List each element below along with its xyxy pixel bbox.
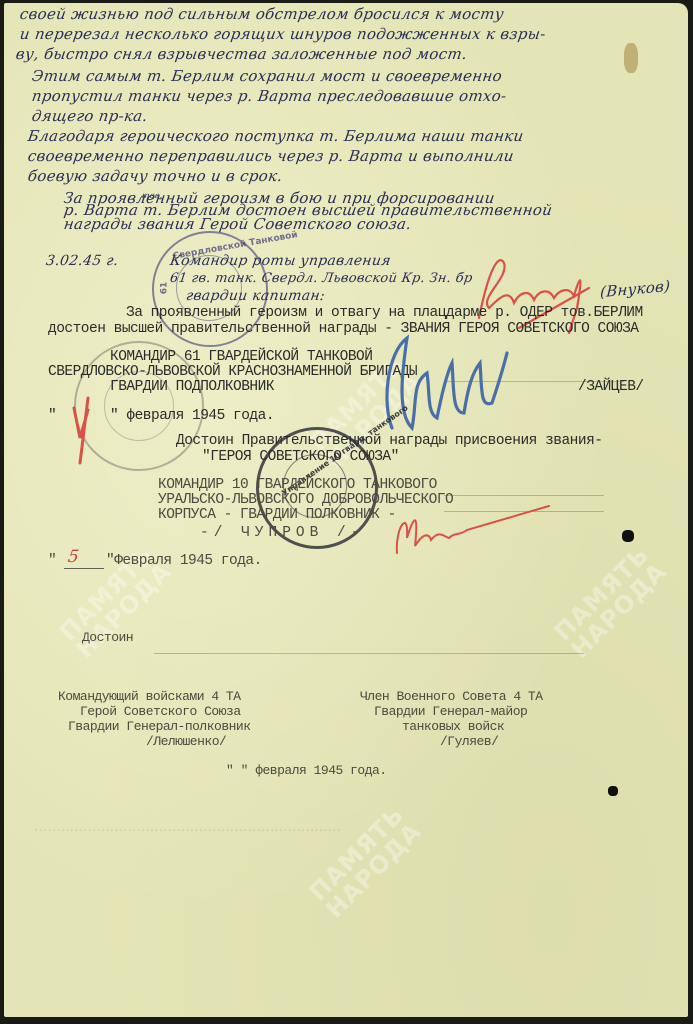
handwritten-line: Благодаря героического поступка т. Берли… [27, 127, 525, 145]
council-member-name: /Гуляев/ [440, 734, 498, 749]
corps-recommendation-line: Достоин Правительственной награды присво… [176, 433, 602, 449]
red-signature [389, 498, 559, 558]
corps-date: "Февраля 1945 года. [106, 553, 262, 569]
watermark: ПАМЯТЬНАРОДА [550, 542, 671, 663]
handwritten-line: своевременно переправились через р. Варт… [27, 147, 515, 165]
typed-recommendation-line: За проявленный героизм и отвагу на плацд… [126, 305, 643, 321]
brigade-date: " февраля 1945 года. [110, 408, 274, 424]
typed-recommendation-line: достоен высшей правительственной награды… [48, 321, 639, 337]
army-commander-line: Гвардии Генерал-полковник [68, 719, 251, 734]
signer-name: (Внуков) [600, 277, 671, 301]
divider [444, 495, 604, 496]
signer-title: 61 гв. танк. Свердл. Львовской Кр. Зн. б… [169, 271, 474, 286]
corps-commander-title: КОМАНДИР 10 ГВАРДЕЙСКОГО ТАНКОВОГО [158, 477, 437, 493]
watermark: ПАМЯТЬНАРОДА [305, 802, 426, 923]
handwritten-line: дящего пр-ка. [31, 107, 149, 125]
punch-hole [622, 530, 634, 542]
council-member-line: танковых войск [402, 719, 504, 734]
commander-title: СВЕРДЛОВСКО-ЛЬВОВСКОЙ КРАСНОЗНАМЕННОЙ БР… [48, 364, 417, 380]
punch-hole [608, 786, 618, 796]
red-checkmark [70, 388, 100, 468]
council-member-line: Гвардии Генерал-майор [374, 704, 527, 719]
council-member-line: Член Военного Совета 4 ТА [360, 689, 543, 704]
handwritten-line: своей жизнью под сильным обстрелом броси… [19, 5, 505, 23]
divider [64, 568, 104, 569]
handwritten-line: Этим самым т. Берлим сохранил мост и сво… [31, 67, 504, 85]
divider [154, 653, 584, 654]
corps-commander-title: КОРПУСА - ГВАРДИИ ПОЛКОВНИК - [158, 507, 396, 523]
army-commander-line: Командующий войсками 4 ТА [58, 689, 241, 704]
corps-date-day: 5 [67, 547, 81, 567]
stain [624, 43, 638, 73]
handwritten-line: пропустил танки через р. Варта преследов… [31, 87, 508, 105]
handwritten-line: боевую задачу точно и в срок. [27, 167, 284, 185]
handwritten-line: награды звания Герой Советского союза. [63, 215, 413, 233]
date-quote: " [48, 408, 56, 424]
handwritten-insertion: тов. [141, 191, 163, 200]
signer-title: Командир роты управления [169, 253, 392, 269]
army-label: Достоин [82, 630, 133, 645]
signer-title: гвардии капитан: [185, 288, 326, 304]
commander-title: ГВАРДИИ ПОДПОЛКОВНИК [110, 379, 274, 395]
army-commander-line: Герой Советского Союза [80, 704, 241, 719]
bleed-through-text: ········································… [34, 823, 341, 839]
handwritten-line: ву, быстро снял взрывчества заложенные п… [15, 45, 469, 63]
award-sheet-page: ········································… [4, 3, 688, 1017]
army-commander-name: /Лелюшенко/ [146, 734, 226, 749]
handwritten-line: и перерезал несколько горящих шнуров под… [19, 25, 547, 43]
corps-commander-name: -/ ЧУПРОВ /- [200, 525, 364, 541]
date-quote: " [48, 553, 56, 569]
commander-title: КОМАНДИР 61 ГВАРДЕЙСКОЙ ТАНКОВОЙ [110, 349, 372, 365]
army-date: " " февраля 1945 года. [226, 763, 387, 778]
signature-date: 3.02.45 г. [45, 253, 120, 269]
